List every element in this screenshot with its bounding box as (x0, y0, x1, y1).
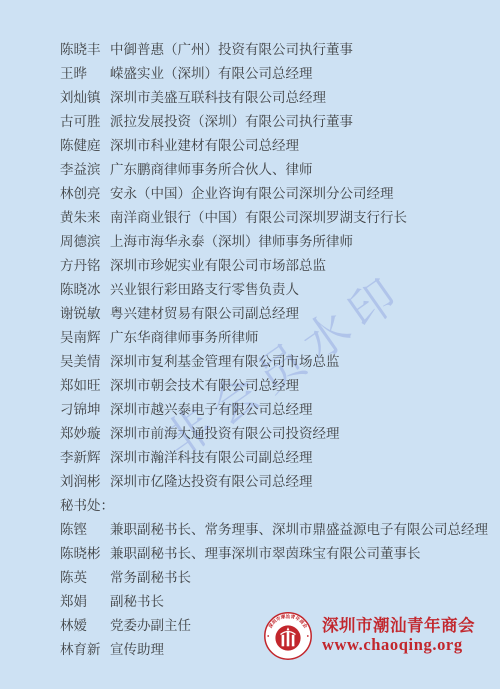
member-title: 派拉发展投资（深圳）有限公司执行董事 (110, 110, 490, 134)
secretariat-row: 陈铿兼职副秘书长、常务理事、深圳市鼎盛益源电子有限公司总经理 (60, 518, 490, 542)
member-name: 陈健庭 (60, 134, 110, 158)
member-row: 陈晓丰中御普惠（广州）投资有限公司执行董事 (60, 38, 490, 62)
member-row: 林创亮安永（中国）企业咨询有限公司深圳分公司经理 (60, 182, 490, 206)
member-title: 广东鹏商律师事务所合伙人、律师 (110, 158, 490, 182)
member-name: 王晔 (60, 62, 110, 86)
member-name: 刘灿镇 (60, 86, 110, 110)
member-row: 吴美情深圳市复利基金管理有限公司市场总监 (60, 350, 490, 374)
member-row: 刘灿镇深圳市美盛互联科技有限公司总经理 (60, 86, 490, 110)
member-row: 郑妙璇深圳市前海大通投资有限公司投资经理 (60, 422, 490, 446)
member-name: 郑妙璇 (60, 422, 110, 446)
org-seal-icon: 深圳市潮汕青年商会 (263, 609, 313, 661)
member-title: 嵘盛实业（深圳）有限公司总经理 (110, 62, 490, 86)
member-title: 南洋商业银行（中国）有限公司深圳罗湖支行行长 (110, 206, 490, 230)
member-row: 陈健庭深圳市科业建材有限公司总经理 (60, 134, 490, 158)
member-title: 深圳市亿隆达投资有限公司总经理 (110, 470, 490, 494)
member-name: 谢锐敏 (60, 302, 110, 326)
member-row: 王晔嵘盛实业（深圳）有限公司总经理 (60, 62, 490, 86)
member-name: 陈晓彬 (60, 542, 110, 566)
document-page: 非会员水印 陈晓丰中御普惠（广州）投资有限公司执行董事 王晔嵘盛实业（深圳）有限… (0, 0, 500, 689)
member-name: 古可胜 (60, 110, 110, 134)
member-row: 古可胜派拉发展投资（深圳）有限公司执行董事 (60, 110, 490, 134)
member-name: 刁锦坤 (60, 398, 110, 422)
member-name: 陈英 (60, 566, 110, 590)
member-name: 刘润彬 (60, 470, 110, 494)
member-list: 陈晓丰中御普惠（广州）投资有限公司执行董事 王晔嵘盛实业（深圳）有限公司总经理 … (60, 38, 490, 662)
member-title: 深圳市科业建材有限公司总经理 (110, 134, 490, 158)
member-name: 李益滨 (60, 158, 110, 182)
secretariat-heading: 秘书处： (60, 494, 490, 518)
member-title: 常务副秘书长 (110, 566, 490, 590)
member-title: 安永（中国）企业咨询有限公司深圳分公司经理 (110, 182, 490, 206)
member-name: 陈铿 (60, 518, 110, 542)
member-name: 郑如旺 (60, 374, 110, 398)
member-name: 林育新 (60, 638, 110, 662)
member-row: 刘润彬深圳市亿隆达投资有限公司总经理 (60, 470, 490, 494)
member-title: 深圳市瀚洋科技有限公司副总经理 (110, 446, 490, 470)
member-name: 陈晓丰 (60, 38, 110, 62)
member-name: 周德滨 (60, 230, 110, 254)
member-name: 黄朱来 (60, 206, 110, 230)
member-name: 李新辉 (60, 446, 110, 470)
member-title: 广东华商律师事务所律师 (110, 326, 490, 350)
member-title: 深圳市越兴泰电子有限公司总经理 (110, 398, 490, 422)
member-row: 李益滨广东鹏商律师事务所合伙人、律师 (60, 158, 490, 182)
secretariat-row: 陈晓彬兼职副秘书长、理事深圳市翠茵珠宝有限公司董事长 (60, 542, 490, 566)
member-title: 兼职副秘书长、理事深圳市翠茵珠宝有限公司董事长 (110, 542, 490, 566)
member-row: 方丹铭深圳市珍妮实业有限公司市场部总监 (60, 254, 490, 278)
member-title: 深圳市复利基金管理有限公司市场总监 (110, 350, 490, 374)
member-title: 兼职副秘书长、常务理事、深圳市鼎盛益源电子有限公司总经理 (110, 518, 490, 542)
org-url: www.chaoqing.org (322, 635, 475, 654)
member-title: 兴业银行彩田路支行零售负责人 (110, 278, 490, 302)
member-title: 深圳市朝会技术有限公司总经理 (110, 374, 490, 398)
member-row: 黄朱来南洋商业银行（中国）有限公司深圳罗湖支行行长 (60, 206, 490, 230)
member-row: 谢锐敏粤兴建材贸易有限公司副总经理 (60, 302, 490, 326)
member-title: 深圳市前海大通投资有限公司投资经理 (110, 422, 490, 446)
member-title: 深圳市珍妮实业有限公司市场部总监 (110, 254, 490, 278)
member-title: 中御普惠（广州）投资有限公司执行董事 (110, 38, 490, 62)
secretariat-row: 陈英常务副秘书长 (60, 566, 490, 590)
member-title: 粤兴建材贸易有限公司副总经理 (110, 302, 490, 326)
member-name: 林创亮 (60, 182, 110, 206)
member-row: 陈晓冰兴业银行彩田路支行零售负责人 (60, 278, 490, 302)
member-row: 郑如旺深圳市朝会技术有限公司总经理 (60, 374, 490, 398)
org-logo-text: 深圳市潮汕青年商会 www.chaoqing.org (322, 616, 475, 654)
org-logo: 深圳市潮汕青年商会 深圳市潮汕青年商会 www.chaoqing.org (263, 609, 475, 661)
member-row: 刁锦坤深圳市越兴泰电子有限公司总经理 (60, 398, 490, 422)
member-name: 方丹铭 (60, 254, 110, 278)
member-name: 林嫒 (60, 614, 110, 638)
member-name: 吴美情 (60, 350, 110, 374)
member-name: 吴南辉 (60, 326, 110, 350)
member-row: 李新辉深圳市瀚洋科技有限公司副总经理 (60, 446, 490, 470)
member-title: 上海市海华永泰（深圳）律师事务所律师 (110, 230, 490, 254)
member-row: 吴南辉广东华商律师事务所律师 (60, 326, 490, 350)
member-row: 周德滨上海市海华永泰（深圳）律师事务所律师 (60, 230, 490, 254)
member-name: 陈晓冰 (60, 278, 110, 302)
org-name: 深圳市潮汕青年商会 (322, 616, 475, 635)
member-title: 深圳市美盛互联科技有限公司总经理 (110, 86, 490, 110)
member-name: 郑娟 (60, 590, 110, 614)
